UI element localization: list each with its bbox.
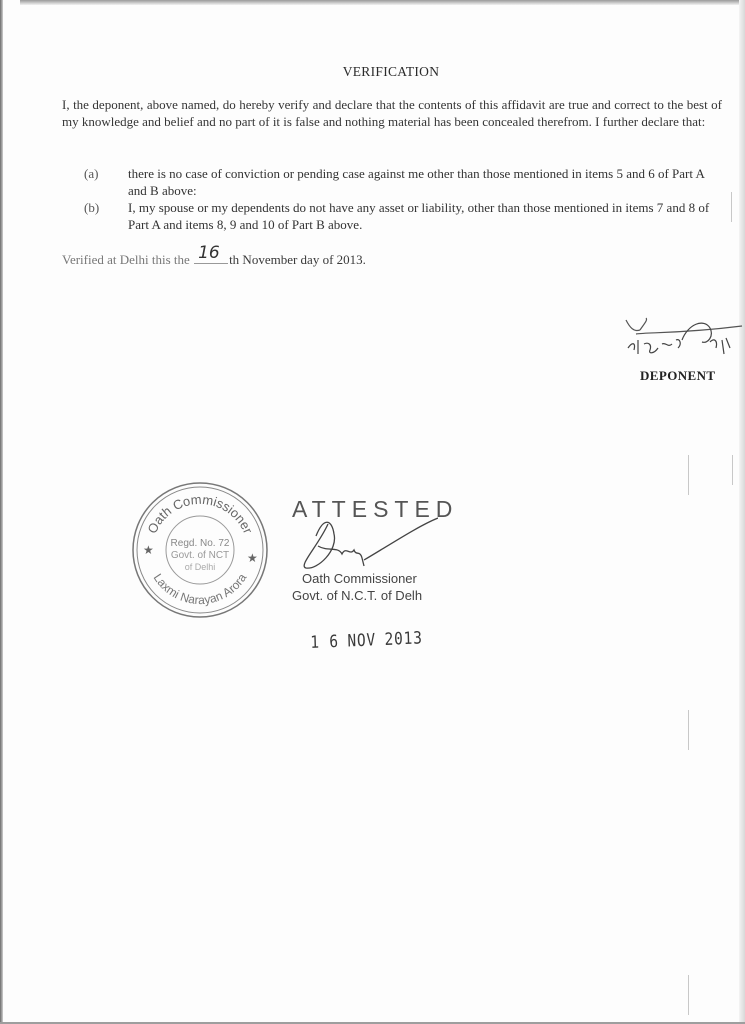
date-stamp-month: NOV — [347, 630, 376, 651]
item-text: I, my spouse or my dependents do not hav… — [128, 200, 722, 233]
svg-text:Oath Commissioner: Oath Commissioner — [144, 492, 256, 537]
attestation-title: Oath Commissioner — [302, 571, 417, 586]
date-stamp-year: 2013 — [384, 628, 423, 650]
scan-artifact — [731, 192, 732, 222]
scan-edge-top — [20, 0, 745, 5]
declaration-paragraph: I, the deponent, above named, do hereby … — [62, 96, 722, 130]
attestation-authority: Govt. of N.C.T. of Delh — [292, 588, 422, 603]
handwritten-day-field: 16 — [194, 249, 228, 264]
item-label: (b) — [84, 200, 124, 217]
affidavit-page: VERIFICATION I, the deponent, above name… — [0, 0, 745, 1024]
verification-line: Verified at Delhi this the 16th November… — [62, 249, 366, 268]
svg-text:of Delhi: of Delhi — [185, 562, 216, 572]
date-stamp: 1 6NOV2013 — [310, 628, 423, 653]
svg-text:★: ★ — [143, 543, 154, 557]
item-text: there is no case of conviction or pendin… — [128, 166, 722, 199]
deponent-label: DEPONENT — [640, 368, 715, 384]
svg-text:Laxmi Narayan Arora: Laxmi Narayan Arora — [151, 571, 250, 607]
svg-text:Regd. No. 72: Regd. No. 72 — [171, 538, 230, 549]
scan-edge-right — [739, 0, 745, 1024]
handwritten-day: 16 — [198, 243, 220, 263]
svg-text:Govt. of NCT: Govt. of NCT — [171, 550, 229, 561]
scan-edge-left — [0, 0, 3, 1024]
document-title: VERIFICATION — [0, 64, 745, 80]
deponent-signature-icon — [618, 314, 744, 364]
scan-artifact — [732, 455, 733, 485]
scan-artifact — [688, 710, 689, 750]
verified-suffix: th November day of 2013. — [229, 252, 366, 267]
oath-commissioner-seal-icon: Oath Commissioner Laxmi Narayan Arora ★ … — [130, 480, 270, 620]
verified-prefix: Verified at Delhi this the — [62, 252, 190, 267]
scan-artifact — [688, 975, 689, 1015]
item-label: (a) — [84, 166, 124, 183]
svg-text:★: ★ — [247, 551, 258, 565]
attesting-signature-icon — [288, 506, 438, 576]
date-stamp-day: 1 6 — [310, 632, 339, 653]
scan-artifact — [688, 455, 689, 495]
